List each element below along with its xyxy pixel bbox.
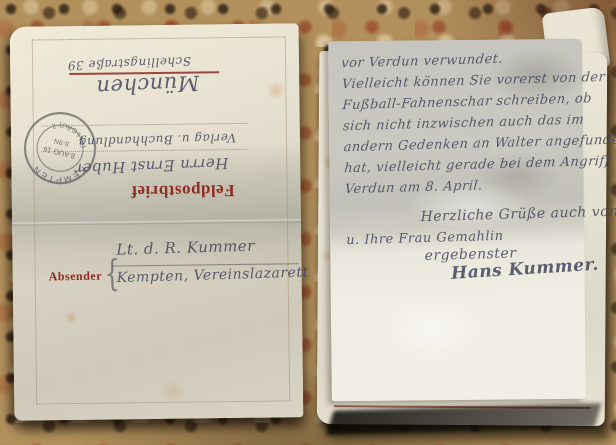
- letter-sheet: vor Verdun verwundet. Vielleicht können …: [328, 39, 586, 402]
- postmark-time: 8-9N: [53, 137, 69, 147]
- closing-line-2: u. Ihre Frau Gemahlin: [346, 229, 504, 248]
- address-side-flipped: Feldpostbrief KEMPTEN (ALLGÄU) 2 8 AUG 1…: [26, 29, 285, 238]
- street-line: Schellingstraße 39: [67, 54, 191, 73]
- feldpost-card: Feldpostbrief KEMPTEN (ALLGÄU) 2 8 AUG 1…: [10, 23, 304, 421]
- postmark-date: 8 AUG 16: [42, 144, 76, 160]
- absender-label: Absender: [49, 269, 103, 285]
- city-line: München: [96, 71, 200, 100]
- recipient-line: Herrn Ernst Huber: [74, 154, 228, 178]
- photo-background: Feldpostbrief KEMPTEN (ALLGÄU) 2 8 AUG 1…: [0, 0, 616, 445]
- feldpostbrief-heading: Feldpostbrief: [131, 180, 235, 201]
- letter-body: vor Verdun verwundet. Vielleicht können …: [341, 47, 579, 200]
